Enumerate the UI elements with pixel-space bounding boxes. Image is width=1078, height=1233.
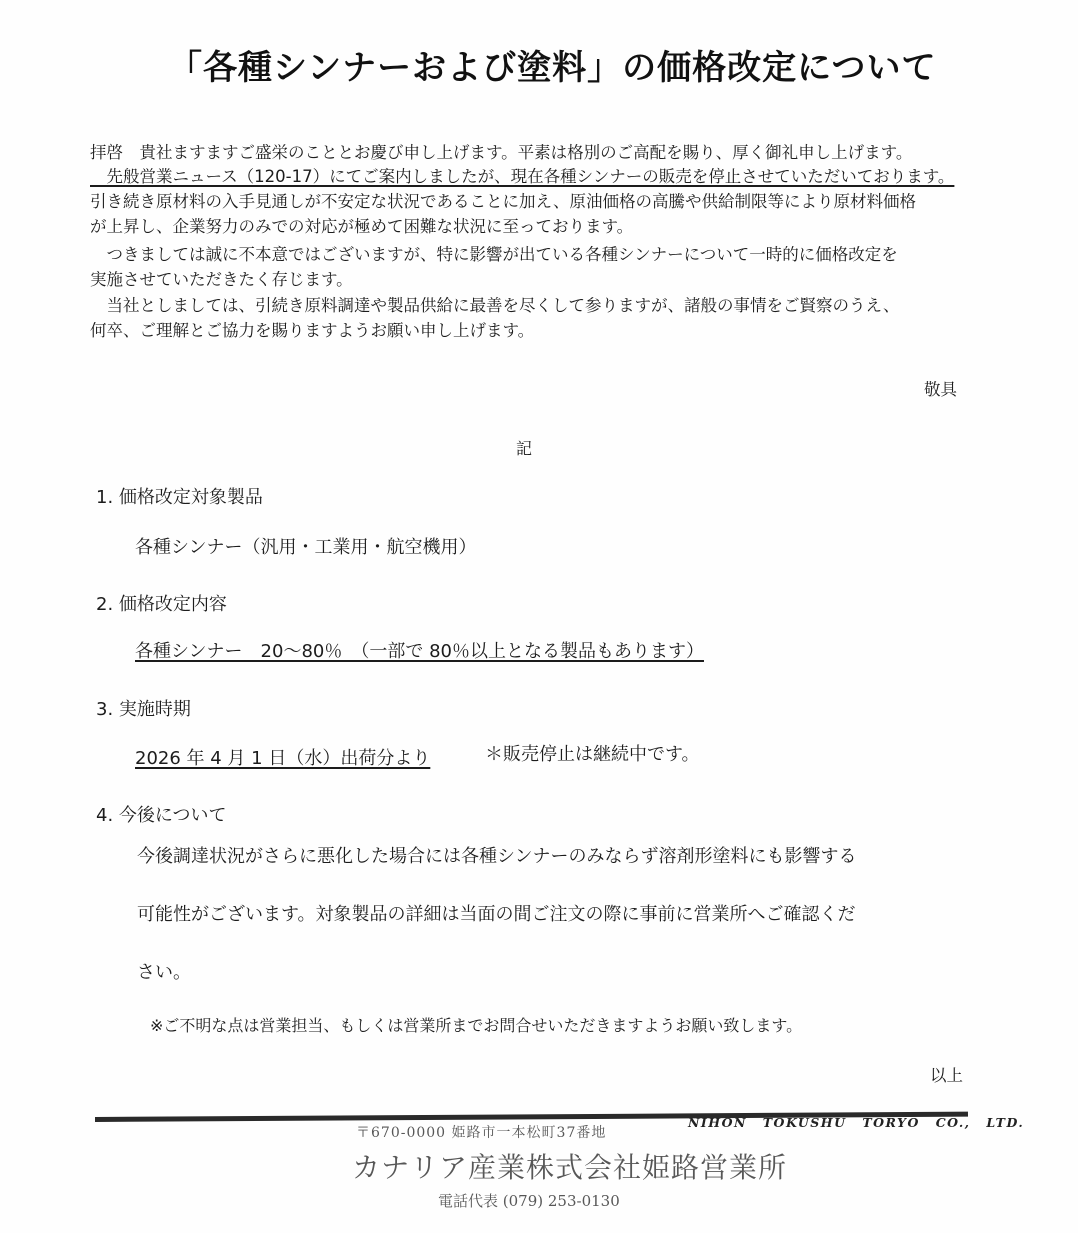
section-3-number: 3. xyxy=(96,699,113,720)
intro-line-5: つきましては誠に不本意ではございますが、特に影響が出ている各種シンナーについて一… xyxy=(90,243,898,267)
section-3-heading: 3. 実施時期 xyxy=(96,695,191,721)
section-4-number: 4. xyxy=(96,805,113,826)
section-2-heading: 2. 価格改定内容 xyxy=(96,590,227,616)
dealer-stamp-phone: 電話代表 (079) 253-0130 xyxy=(438,1190,620,1211)
company-name-english: NIHON TOKUSHU TORYO CO., LTD. xyxy=(688,1115,1024,1130)
document-title: 「各種シンナーおよび塗料」の価格改定について xyxy=(168,40,936,89)
closing-keigu: 敬具 xyxy=(924,376,957,400)
section-4-title: 今後について xyxy=(119,805,227,826)
document-page: 「各種シンナーおよび塗料」の価格改定について 拝啓 貴社ますますご盛栄のこととお… xyxy=(0,0,1078,1233)
section-2-body: 各種シンナー 20～80％ （一部で 80％以上となる製品もあります） xyxy=(135,637,704,663)
intro-line-1: 拝啓 貴社ますますご盛栄のこととお慶び申し上げます。平素は格別のご高配を賜り、厚… xyxy=(90,141,912,165)
section-3-note: ＊販売停止は継続中です。 xyxy=(485,740,700,766)
section-4-heading: 4. 今後について xyxy=(96,801,227,827)
section-1-heading: 1. 価格改定対象製品 xyxy=(96,483,263,509)
section-3-title: 実施時期 xyxy=(119,699,191,720)
inquiry-note: ※ご不明な点は営業担当、もしくは営業所までお問合せいただきますようお願い致します… xyxy=(150,1014,802,1038)
intro-line-2-underlined: 先般営業ニュース（120-17）にてご案内しましたが、現在各種シンナーの販売を停… xyxy=(90,165,954,189)
intro-line-7: 当社としましては、引続き原料調達や製品供給に最善を尽くして参りますが、諸般の事情… xyxy=(90,294,900,318)
section-2-title: 価格改定内容 xyxy=(119,594,227,615)
closing-ijo: 以上 xyxy=(930,1062,963,1086)
ki-marker: 記 xyxy=(516,436,532,459)
intro-line-8: 何卒、ご理解とご協力を賜りますようお願い申し上げます。 xyxy=(90,319,534,343)
section-3-body: 2026 年 4 月 1 日（水）出荷分より xyxy=(135,744,430,770)
section-4-body-line-3: さい。 xyxy=(137,958,191,984)
dealer-stamp-address: 〒670-0000 姫路市一本松町37番地 xyxy=(356,1122,606,1142)
section-1-number: 1. xyxy=(96,487,113,508)
section-1-body: 各種シンナー（汎用・工業用・航空機用） xyxy=(135,533,477,559)
section-1-title: 価格改定対象製品 xyxy=(119,487,263,508)
intro-line-4: が上昇し、企業努力のみでの対応が極めて困難な状況に至っております。 xyxy=(90,215,633,239)
section-2-number: 2. xyxy=(96,594,113,615)
dealer-stamp-company: カナリア産業株式会社姫路営業所 xyxy=(352,1146,787,1186)
intro-line-3: 引き続き原材料の入手見通しが不安定な状況であることに加え、原油価格の高騰や供給制… xyxy=(90,190,916,214)
intro-line-6: 実施させていただきたく存じます。 xyxy=(90,268,353,292)
section-4-body-line-1: 今後調達状況がさらに悪化した場合には各種シンナーのみならず溶剤形塗料にも影響する xyxy=(137,842,857,868)
section-4-body-line-2: 可能性がございます。対象製品の詳細は当面の間ご注文の際に事前に営業所へご確認くだ xyxy=(137,900,856,926)
